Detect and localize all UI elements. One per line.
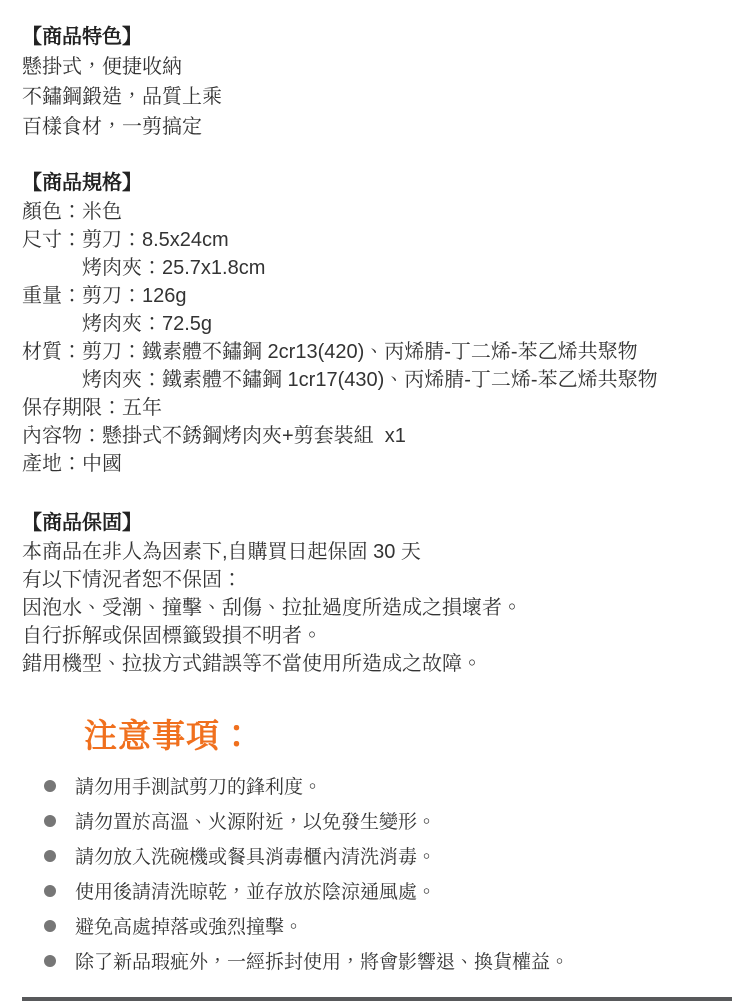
warranty-line: 有以下情況者恕不保固： (22, 566, 732, 594)
warranty-heading: 【商品保固】 (22, 508, 732, 538)
feature-line: 不鏽鋼鍛造，品質上乘 (22, 82, 732, 112)
spec-row-material-scissors: 材質：剪刀：鐵素體不鏽鋼 2cr13(420)、丙烯腈-丁二烯-苯乙烯共聚物 (22, 338, 732, 366)
section-notice: 注意事項： 請勿用手測試剪刀的鋒利度。 請勿置於高溫、火源附近，以免發生變形。 … (22, 714, 732, 978)
notice-text: 請勿置於高溫、火源附近，以免發生變形。 (75, 807, 436, 834)
spec-row-size-tongs: 烤肉夾：25.7x1.8cm (22, 254, 732, 282)
section-warranty: 【商品保固】 本商品在非人為因素下,自購買日起保固 30 天 有以下情況者恕不保… (22, 508, 732, 678)
notice-text: 避免高處掉落或強烈撞擊。 (75, 912, 303, 939)
notice-item: 請勿放入洗碗機或餐具消毒櫃內清洗消毒。 (44, 838, 732, 873)
notice-item: 使用後請清洗晾乾，並存放於陰涼通風處。 (44, 873, 732, 908)
section-specs: 【商品規格】 顏色：米色 尺寸：剪刀：8.5x24cm 烤肉夾：25.7x1.8… (22, 168, 732, 478)
spec-row-origin: 產地：中國 (22, 450, 732, 478)
spec-row-material-tongs: 烤肉夾：鐵素體不鏽鋼 1cr17(430)、丙烯腈-丁二烯-苯乙烯共聚物 (22, 366, 732, 394)
bullet-icon (44, 885, 56, 897)
warranty-line: 因泡水、受潮、撞擊、刮傷、拉扯過度所造成之損壞者。 (22, 594, 732, 622)
spec-row-color: 顏色：米色 (22, 198, 732, 226)
notice-list: 請勿用手測試剪刀的鋒利度。 請勿置於高溫、火源附近，以免發生變形。 請勿放入洗碗… (22, 768, 732, 978)
spec-row-contents: 內容物：懸掛式不銹鋼烤肉夾+剪套裝組 x1 (22, 422, 732, 450)
product-description-page: 【商品特色】 懸掛式，便捷收納 不鏽鋼鍛造，品質上乘 百樣食材，一剪搞定 【商品… (0, 0, 750, 1004)
features-heading: 【商品特色】 (22, 22, 732, 52)
spec-row-weight-tongs: 烤肉夾：72.5g (22, 310, 732, 338)
warranty-line: 錯用機型、拉拔方式錯誤等不當使用所造成之故障。 (22, 650, 732, 678)
warranty-line: 本商品在非人為因素下,自購買日起保固 30 天 (22, 538, 732, 566)
bullet-icon (44, 850, 56, 862)
specs-heading: 【商品規格】 (22, 168, 732, 198)
notice-heading: 注意事項： (84, 714, 732, 758)
bottom-divider (22, 997, 732, 1001)
spec-row-shelf-life: 保存期限：五年 (22, 394, 732, 422)
notice-item: 除了新品瑕疵外，一經拆封使用，將會影響退、換貨權益。 (44, 943, 732, 978)
spec-row-size-scissors: 尺寸：剪刀：8.5x24cm (22, 226, 732, 254)
section-features: 【商品特色】 懸掛式，便捷收納 不鏽鋼鍛造，品質上乘 百樣食材，一剪搞定 (22, 22, 732, 142)
warranty-line: 自行拆解或保固標籤毀損不明者。 (22, 622, 732, 650)
bullet-icon (44, 955, 56, 967)
bullet-icon (44, 780, 56, 792)
notice-item: 請勿置於高溫、火源附近，以免發生變形。 (44, 803, 732, 838)
notice-text: 使用後請清洗晾乾，並存放於陰涼通風處。 (75, 877, 436, 904)
notice-item: 避免高處掉落或強烈撞擊。 (44, 908, 732, 943)
spec-row-weight-scissors: 重量：剪刀：126g (22, 282, 732, 310)
notice-text: 請勿用手測試剪刀的鋒利度。 (75, 772, 322, 799)
feature-line: 懸掛式，便捷收納 (22, 52, 732, 82)
notice-item: 請勿用手測試剪刀的鋒利度。 (44, 768, 732, 803)
notice-text: 除了新品瑕疵外，一經拆封使用，將會影響退、換貨權益。 (75, 947, 569, 974)
notice-text: 請勿放入洗碗機或餐具消毒櫃內清洗消毒。 (75, 842, 436, 869)
feature-line: 百樣食材，一剪搞定 (22, 112, 732, 142)
bullet-icon (44, 815, 56, 827)
bullet-icon (44, 920, 56, 932)
